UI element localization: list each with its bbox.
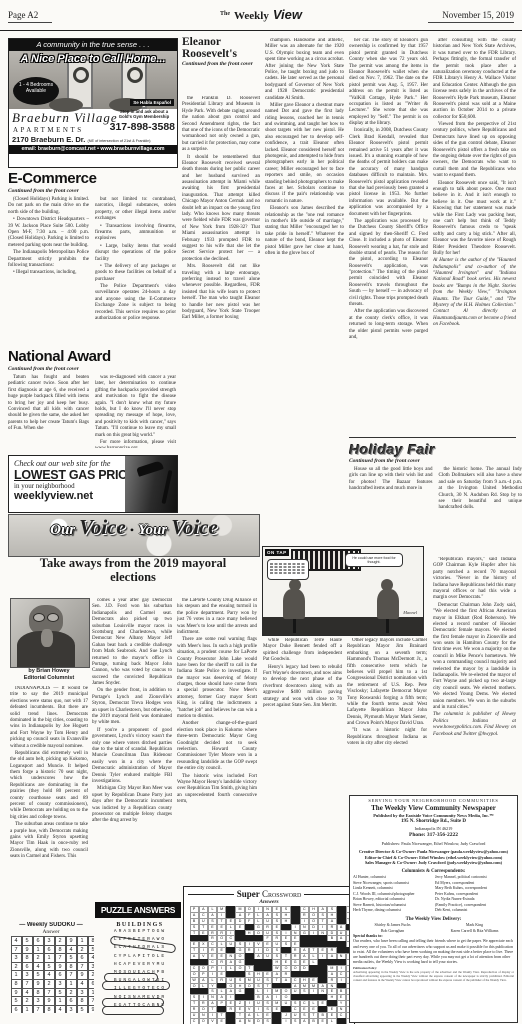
braeburn-logo: Braeburn Village bbox=[12, 110, 118, 126]
eleanor-column-1: the Franklin D. Roosevelt Presidential L… bbox=[182, 96, 260, 540]
paragraph: Eleanor's son James described the relati… bbox=[265, 206, 344, 257]
eleanor-article-title: Eleanor Roosevelt's Continued from the f… bbox=[182, 36, 262, 70]
paragraph: champion. Handsome and athletic, Miller … bbox=[265, 38, 344, 102]
owner-line: Sales Manager & Co-Owner: Judy Crawford … bbox=[350, 860, 517, 866]
gas-prices-ad: Check out our web site for the LOWEST GA… bbox=[8, 455, 178, 513]
patron-figure bbox=[283, 589, 305, 619]
columnists-left: Al Hunter, columnistSteve Nicewanger, sp… bbox=[353, 875, 432, 913]
masthead-info-box: SERVING YOUR NEIGHBORHOOD COMMUNITIES Th… bbox=[349, 795, 518, 1023]
paragraph: (Closed Holidays) Parking is limited. Do… bbox=[8, 197, 89, 216]
editorial-column-1: INDIANAPOLIS — It would be trite to say … bbox=[10, 686, 88, 900]
article-column: the historic home. The annual Indy Cloth… bbox=[439, 467, 522, 513]
columnist-entry: Herb Thyme, dining columnist bbox=[353, 908, 432, 913]
editorial-headline: Take aways from the 2019 mayoral electio… bbox=[8, 556, 258, 585]
illegible-text-line bbox=[270, 569, 306, 571]
paragraph: the historic home. The annual Indy Cloth… bbox=[439, 467, 522, 512]
holiday-fair-headline: Holiday Fair bbox=[349, 441, 522, 457]
grid-cell: 4 bbox=[55, 1005, 66, 1014]
article-ecommerce: E-Commerce Continued from the front cove… bbox=[8, 170, 176, 348]
on-tap-sign: ON TAP bbox=[265, 549, 289, 556]
wreath-graphic bbox=[127, 67, 143, 83]
byline-role: Editorial Columnist bbox=[10, 675, 88, 682]
article-national-award: National Award Continued from the front … bbox=[8, 348, 176, 448]
policy-text: Advertising appearing in the Weekly View… bbox=[353, 970, 514, 982]
article-column: House so all the good little boys and gi… bbox=[349, 467, 433, 513]
paragraph: but not limited to: contraband, narcotic… bbox=[95, 197, 176, 223]
office-address: 195 N. Shortridge Rd., Suite D bbox=[350, 819, 517, 826]
illegible-text-line bbox=[270, 563, 306, 565]
section-rule bbox=[349, 437, 516, 438]
ad-address: 2170 Braeburn E. Dr. (NE of intersection… bbox=[12, 135, 151, 144]
speech-bubble-right: He could use more food for thought. bbox=[345, 553, 403, 567]
word-search-row: CYPLAPITOLE bbox=[100, 953, 180, 961]
paragraph: The Police Department's video surveillan… bbox=[95, 284, 176, 322]
title-rule bbox=[304, 894, 350, 895]
paragraph: Other legacy mayors include Carmel Repub… bbox=[347, 638, 427, 727]
gas-pump-photo bbox=[125, 456, 177, 512]
grid-cell: 8 bbox=[44, 1005, 55, 1014]
grid-cell: 3 bbox=[66, 1005, 77, 1014]
author-bio: Al Hunter is the author of the "Haunted … bbox=[433, 258, 516, 328]
ad-info-row: Braeburn Village Stop in and ask about a… bbox=[9, 109, 177, 145]
ecommerce-headline: E-Commerce bbox=[8, 170, 176, 187]
masthead-the: The bbox=[220, 11, 230, 17]
paragraph: After the application was discovered at … bbox=[349, 309, 428, 341]
paragraph: Michigan City Mayor Ron Meer was upset b… bbox=[92, 786, 172, 824]
wreath-graphic bbox=[73, 67, 89, 83]
editorial-column-5: Other legacy mayors include Carmel Repub… bbox=[347, 638, 427, 790]
bar-counter-graphic bbox=[263, 617, 423, 635]
illegible-text-line bbox=[270, 572, 306, 574]
cartoonist-signature: Mannel bbox=[403, 610, 417, 615]
paragraph: There are some real warning flags with M… bbox=[177, 637, 257, 720]
paragraph: "It was a historic night for Republicans… bbox=[347, 728, 427, 747]
grid-row: 264598731 bbox=[11, 962, 92, 971]
paragraph: was re-diagnosed with cancer a year late… bbox=[95, 375, 176, 439]
publishers-line: Publishers: Paula Nicewanger, Ethel Wins… bbox=[350, 841, 517, 847]
continued-line: Continued from the front cover bbox=[349, 458, 522, 464]
gas-hose-graphic bbox=[162, 470, 173, 504]
paragraph: Republicans did extremely well in the ol… bbox=[10, 751, 88, 821]
grid-row: 879231465 bbox=[11, 979, 92, 988]
newspaper-page: Page A2 The Weekly View November 15, 201… bbox=[0, 0, 522, 1024]
grid-cell: 7 bbox=[33, 1005, 44, 1014]
issue-date: November 15, 2019 bbox=[428, 10, 514, 23]
editorial-column-4: while Republican Terre Haute Mayor Duke … bbox=[263, 638, 342, 882]
page-header: Page A2 The Weekly View November 15, 201… bbox=[0, 0, 522, 31]
editorial-column-2: comes a year after gay Democrat Sen. J.D… bbox=[92, 598, 172, 900]
grid-row: 135467928 bbox=[11, 970, 92, 979]
on-tap-comic: ON TAP He could use more food for though… bbox=[262, 546, 424, 636]
paragraph: The historic wins included Fort Wayne Ma… bbox=[177, 774, 257, 806]
word-search-answer: BUILDINGS ARASBEPTOGWLEPEETERAWOECATHEDR… bbox=[100, 922, 180, 1024]
editorial-column-6-text: "Republican mayors," said Indiana GOP Ch… bbox=[433, 557, 516, 711]
article-holiday-fair: Holiday Fair Continued from the front co… bbox=[349, 441, 522, 547]
editorial-column-3: the LaPorte County Drug Alliance of his … bbox=[177, 598, 257, 882]
paragraph: after consulting with the county histori… bbox=[433, 38, 516, 121]
paragraph: Mrs. Roosevelt did not like traveling wi… bbox=[182, 264, 260, 322]
stool-graphic bbox=[293, 619, 296, 633]
title-rule bbox=[188, 894, 234, 895]
banner-voice-2: Voice bbox=[171, 515, 218, 539]
paragraph: the LaPorte County Drug Alliance of his … bbox=[177, 598, 257, 636]
super-crossword-answers: Super Crossword Answers PALMMOINESCHASSW… bbox=[183, 886, 355, 1024]
paragraph: Miller gave Eleanor a chestnut mare name… bbox=[265, 103, 344, 205]
paragraph: For more information, please visit www.b… bbox=[95, 440, 176, 448]
masthead-view: View bbox=[273, 7, 302, 22]
paragraph: Another change-of-the-guard election too… bbox=[177, 721, 257, 772]
article-column: (Closed Holidays) Parking is limited. Do… bbox=[8, 197, 89, 323]
apartment-photo: A Nice Place to Call Home... 1 - 4 Bedro… bbox=[9, 51, 177, 109]
glasses-graphic bbox=[33, 613, 45, 622]
word-search-row: ARASBEPTOGW bbox=[100, 928, 180, 936]
our-voice-banner: Our Voice • Your Voice bbox=[8, 514, 260, 557]
columnist-caption: by Brian Howey Editorial Columnist bbox=[10, 668, 88, 682]
crossword-title: Super Crossword bbox=[237, 889, 302, 899]
grid-cell: 5 bbox=[77, 1005, 88, 1014]
stool-graphic bbox=[386, 619, 389, 633]
espanol-badge: Se Habla Español bbox=[130, 99, 174, 106]
paragraph: If you're a proponent of good government… bbox=[92, 728, 172, 786]
paragraph: the Franklin D. Roosevelt Presidential L… bbox=[182, 96, 260, 154]
ad-headline: A Nice Place to Call Home... bbox=[9, 53, 177, 65]
national-award-headline: National Award bbox=[8, 348, 176, 365]
speech-bubble-left bbox=[267, 559, 309, 580]
paragraph: House so all the good little boys and gi… bbox=[349, 467, 433, 493]
grid-row: 791684253 bbox=[11, 945, 92, 954]
paragraph: • Large, bulky items that would disrupt … bbox=[95, 244, 176, 263]
thanks-text: Our readers, who have been calling and t… bbox=[353, 939, 513, 964]
owner-line: Creative Director & Co-Owner: Paula Nice… bbox=[350, 849, 517, 855]
columnists-right: Jerry Mannel, political cartoonistEd Mye… bbox=[435, 875, 514, 913]
illegible-text-line bbox=[270, 566, 306, 568]
gas-nozzle-graphic bbox=[136, 460, 164, 477]
apartments-label: APARTMENTS bbox=[13, 126, 84, 134]
paragraph: It should be remembered that Eleanor Roo… bbox=[182, 155, 260, 264]
paragraph: her car. The story of Eleanor's gun owne… bbox=[349, 38, 428, 127]
paragraph: Ironically, in 2008, Dutchess County Cle… bbox=[349, 128, 428, 217]
office-phone: Phone: 317-356-2222 bbox=[350, 832, 517, 839]
ad-banner-text: A community in the true sense . . . bbox=[9, 39, 177, 51]
ad-phone-number: 317-898-3588 bbox=[110, 121, 175, 133]
paper-title-line: The Weekly View Community Newspaper bbox=[350, 804, 517, 813]
bedrooms-badge: 1 - 4 Bedrooms Available bbox=[13, 77, 59, 105]
sudoku-answer: — Weekly SUDOKU — Answer 456329187791684… bbox=[8, 922, 94, 1013]
eleanor-headline: Eleanor Roosevelt's bbox=[182, 36, 262, 60]
grid-row: 523916874 bbox=[11, 996, 92, 1005]
bartender-figure bbox=[377, 589, 399, 619]
ad-address-note: (NE of intersection of 21st & Franklin) bbox=[87, 139, 150, 143]
gas-ad-lowest: LOWEST bbox=[14, 468, 66, 482]
columnist-photo bbox=[10, 598, 90, 668]
sudoku-title: — Weekly SUDOKU — bbox=[8, 922, 94, 928]
grid-cell: 1 bbox=[22, 1005, 33, 1014]
paragraph: Eleanor Roosevelt once said, "It isn't e… bbox=[433, 181, 516, 258]
eleanor-column-4-text: after consulting with the county histori… bbox=[433, 38, 516, 257]
paragraph: • The delivery of any packages or goods … bbox=[95, 264, 176, 283]
columnist-entry: Deb Kent, columnist bbox=[435, 908, 514, 913]
grid-cell: 9 bbox=[88, 1005, 95, 1014]
article-column: Tatum has fought and beaten pediatric ca… bbox=[8, 375, 89, 448]
sudoku-grid: 4563291877916842533821756492645987311354… bbox=[11, 936, 92, 1013]
eleanor-column-3: her car. The story of Eleanor's gun owne… bbox=[349, 38, 428, 436]
ad-address-text: 2170 Braeburn E. Dr. bbox=[12, 135, 85, 144]
eleanor-column-2: champion. Handsome and athletic, Miller … bbox=[265, 38, 344, 540]
answer-circle-bungalow bbox=[102, 981, 170, 990]
owners-list: Creative Director & Co-Owner: Paula Nice… bbox=[350, 849, 517, 866]
paragraph: • Transactions involving firearms, firea… bbox=[95, 224, 176, 243]
banner-voice: Voice bbox=[79, 515, 126, 539]
grid-row: 617843592 bbox=[11, 1005, 92, 1014]
paragraph: Henry's legacy had been to rebuild Fort … bbox=[263, 665, 342, 710]
paragraph: Democrat Chairman John Zody said, "We el… bbox=[433, 603, 516, 712]
editorial-headline-line1: Take aways from the 2019 mayoral bbox=[8, 556, 258, 570]
masthead-weekly: Weekly bbox=[234, 10, 269, 22]
paragraph: Tatum has fought and beaten pediatric ca… bbox=[8, 375, 89, 433]
paragraph: • Downtown District Headquarters – 39 W.… bbox=[8, 217, 89, 249]
grid-row: 456329187 bbox=[11, 936, 92, 945]
crossword-title-rest: Crossword bbox=[262, 889, 301, 899]
paragraph: comes a year after gay Democrat Sen. J.D… bbox=[92, 598, 172, 687]
paragraph: The Indianapolis Metropolitan Police Dep… bbox=[8, 250, 89, 269]
editorial-headline-line2: elections bbox=[8, 570, 258, 584]
delivery-left: Shirley & James FuchsBob Gavaghan bbox=[353, 923, 432, 934]
article-column: was re-diagnosed with cancer a year late… bbox=[95, 375, 176, 448]
paragraph: The suburban areas continue to take a pu… bbox=[10, 822, 88, 860]
paragraph: Viewed from the perspective of 21st cent… bbox=[433, 122, 516, 180]
paragraph: while Republican Terre Haute Mayor Duke … bbox=[263, 638, 342, 664]
paragraph: INDIANAPOLIS — It would be trite to say … bbox=[10, 686, 88, 750]
paragraph: "Republican mayors," said Indiana GOP Ch… bbox=[433, 557, 516, 602]
portrait-hand bbox=[41, 629, 53, 647]
eleanor-column-4: after consulting with the county histori… bbox=[433, 38, 516, 436]
braeburn-village-ad: A community in the true sense . . . A Ni… bbox=[8, 38, 178, 168]
sudoku-answer-label: Answer bbox=[8, 929, 94, 935]
thanks-heading: Special thanks to: bbox=[353, 934, 383, 938]
paragraph: On the gender front, in addition to Port… bbox=[92, 688, 172, 726]
banner-bullet: • bbox=[130, 523, 134, 537]
paragraph: The application was processed by the Dut… bbox=[349, 219, 428, 308]
editorial-column-6: "Republican mayors," said Indiana GOP Ch… bbox=[433, 557, 516, 793]
delivery-entry: Karen Carrell & Rita Williams bbox=[435, 929, 514, 934]
grid-row: 948752316 bbox=[11, 988, 92, 997]
paragraph: • Illegal transactions, including, bbox=[8, 270, 89, 276]
answer-circle-cottage bbox=[102, 1006, 164, 1015]
answers-label: Answers bbox=[184, 899, 354, 905]
grid-row: 382175649 bbox=[11, 953, 92, 962]
ad-email-bar: email: braeburn@comcast.net • www.braebu… bbox=[9, 145, 177, 154]
article-column: but not limited to: contraband, narcotic… bbox=[95, 197, 176, 323]
byline: by Brian Howey bbox=[10, 668, 88, 675]
puzzle-answers-banner: PUZZLE ANSWERS bbox=[95, 902, 181, 918]
gym-note: Stop in and ask about a Gold's Gym Membe… bbox=[113, 109, 175, 120]
word-search-row: HCAFEVERYMU bbox=[100, 961, 180, 969]
banner-your: Your bbox=[138, 522, 167, 538]
continued-line: Continued from the front cover bbox=[8, 366, 176, 372]
continued-line: Continued from the front cover bbox=[182, 61, 262, 67]
banner-our: Our bbox=[50, 522, 75, 538]
crossword-grid: PALMMOINESCHASSWABACAIAFLASHROSHEASYBUST… bbox=[190, 906, 349, 1024]
delivery-right: Mark KingKaren Carrell & Rita Williams bbox=[435, 923, 514, 934]
editorial-tagline: The columnist is publisher of Howey Poli… bbox=[433, 712, 516, 738]
grid-cell: 6 bbox=[11, 1005, 22, 1014]
glasses-graphic bbox=[47, 613, 59, 622]
continued-line: Continued from the front cover bbox=[8, 188, 176, 194]
crossword-title-super: Super bbox=[237, 889, 260, 899]
